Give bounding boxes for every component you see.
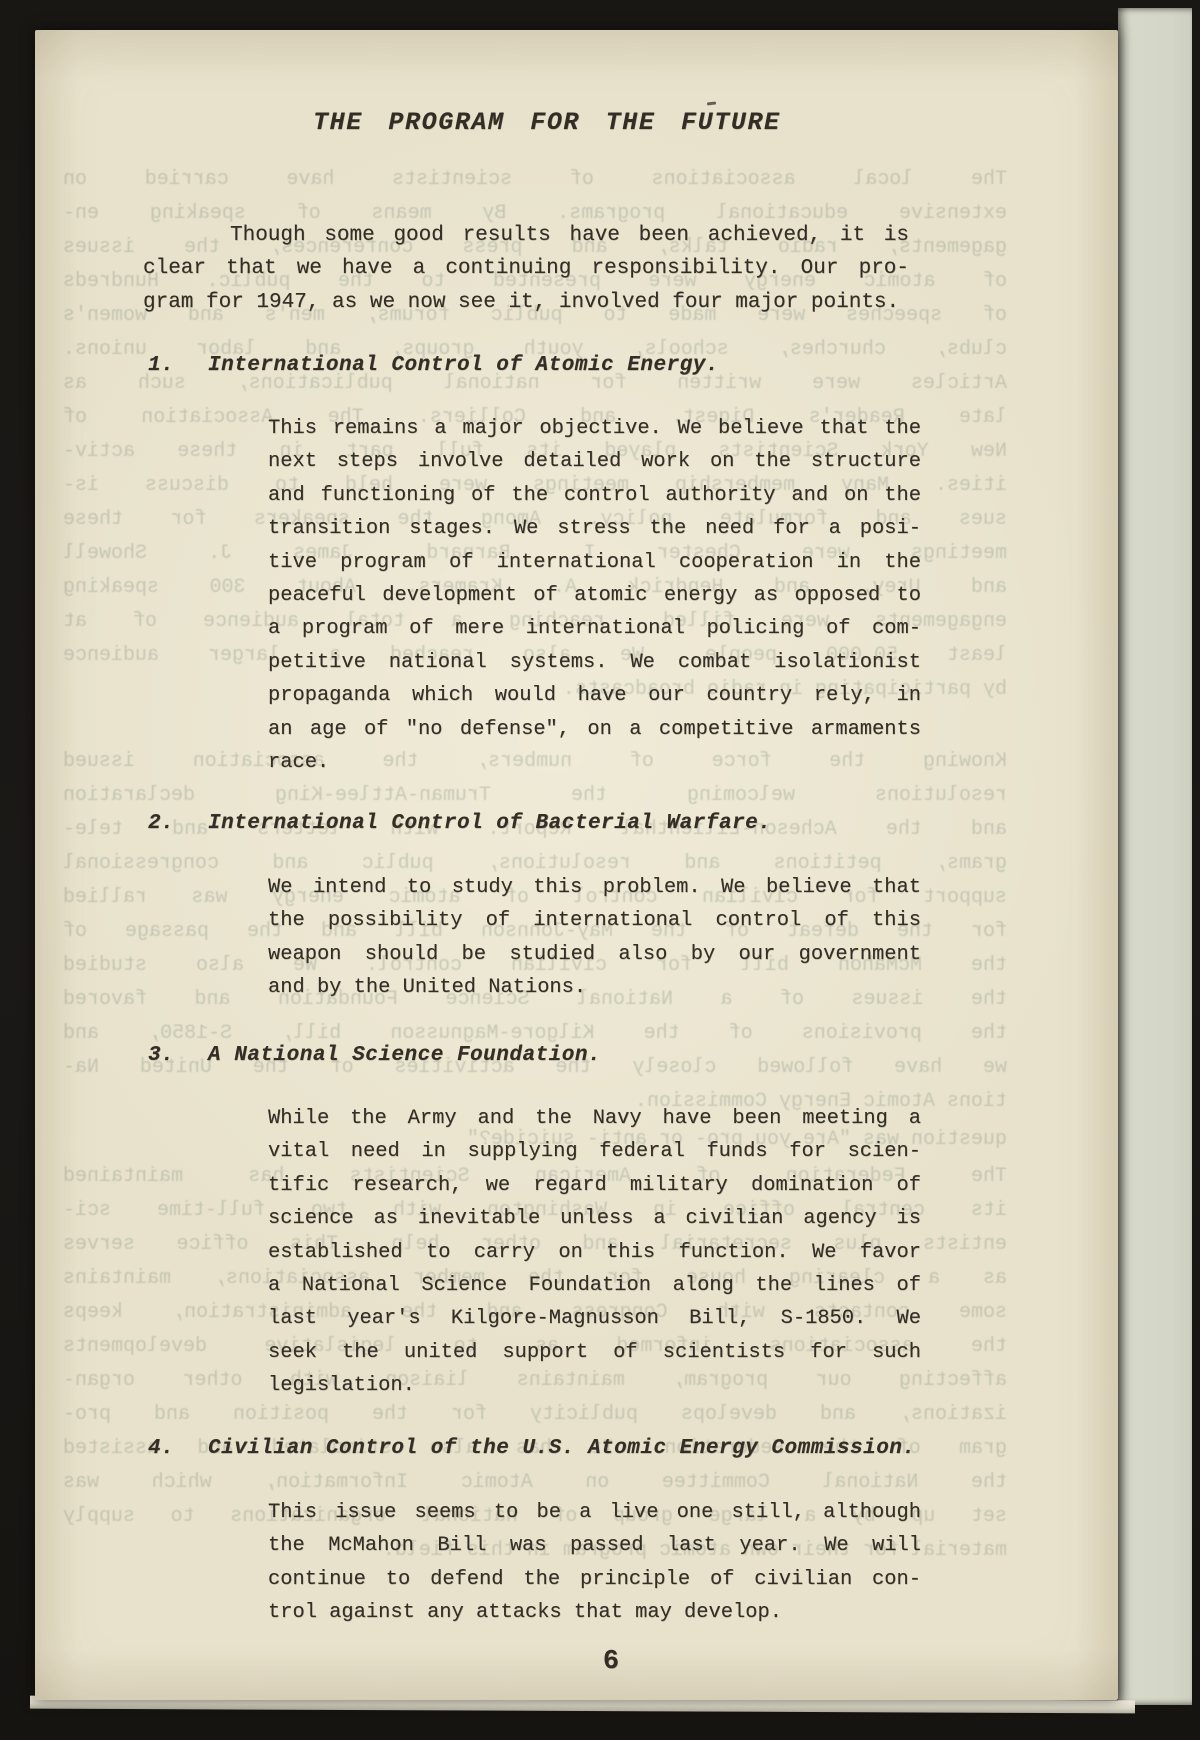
text-line: an age of "no defense", on a competitive… (268, 713, 921, 746)
text-line: seek the united support of scientists fo… (268, 1336, 921, 1369)
text-line: and by the United Nations. (268, 971, 921, 1004)
text-line: tific research, we regard military domin… (268, 1169, 921, 1202)
section-number: 2. (148, 807, 208, 840)
document-page: The local associations of scientists hav… (35, 30, 1118, 1700)
bleedthrough-line: the National Committee on Atomic Informa… (63, 1466, 1007, 1499)
section-number: 4. (148, 1432, 208, 1465)
section-number: 1. (148, 349, 208, 382)
section-title: A National Science Foundation. (208, 1044, 601, 1067)
section-title: International Control of Atomic Energy. (208, 354, 719, 377)
section-title: Civilian Control of the U.S. Atomic Ener… (208, 1437, 916, 1460)
text-line: last year's Kilgore-Magnusson Bill, S-18… (268, 1302, 921, 1335)
section-heading-2: 2.International Control of Bacterial War… (148, 807, 771, 840)
section-body-1: This remains a major objective. We belie… (268, 412, 921, 779)
section-body-2: We intend to study this problem. We beli… (268, 871, 921, 1005)
text-line: vital need in supplying federal funds fo… (268, 1135, 921, 1168)
bleedthrough-line: izations, and develops publicity for the… (63, 1398, 1007, 1431)
text-line: and functioning of the control authority… (268, 479, 921, 512)
text-line: the McMahon Bill was passed last year. W… (268, 1529, 921, 1562)
text-line: This issue seems to be a live one still,… (268, 1496, 921, 1529)
section-number: 3. (148, 1039, 208, 1072)
text-line: continue to defend the principle of civi… (268, 1563, 921, 1596)
text-line: weapon should be studied also by our gov… (268, 938, 921, 971)
section-heading-3: 3.A National Science Foundation. (148, 1039, 601, 1072)
text-line: propaganda which would have our country … (268, 679, 921, 712)
page-number: 6 (581, 1646, 641, 1679)
text-line: gram for 1947, as we now see it, involve… (143, 286, 909, 319)
section-title: International Control of Bacterial Warfa… (208, 812, 771, 835)
text-line: petitive national systems. We combat iso… (268, 646, 921, 679)
text-line: legislation. (268, 1369, 921, 1402)
bleedthrough-line: The local associations of scientists hav… (63, 163, 1007, 196)
text-line: Though some good results have been achie… (143, 219, 909, 252)
text-line: peaceful development of atomic energy as… (268, 579, 921, 612)
text-line: next steps involve detailed work on the … (268, 445, 921, 478)
text-line: race. (268, 746, 921, 779)
section-body-3: While the Army and the Navy have been me… (268, 1102, 921, 1403)
text-line: trol against any attacks that may develo… (268, 1596, 921, 1629)
text-line: clear that we have a continuing responsi… (143, 252, 909, 285)
text-line: This remains a major objective. We belie… (268, 412, 921, 445)
section-body-4: This issue seems to be a live one still,… (268, 1496, 921, 1630)
text-line: transition stages. We stress the need fo… (268, 512, 921, 545)
section-heading-4: 4.Civilian Control of the U.S. Atomic En… (148, 1432, 916, 1465)
text-line: We intend to study this problem. We beli… (268, 871, 921, 904)
text-line: a program of mere international policing… (268, 612, 921, 645)
scanner-background: The local associations of scientists hav… (0, 0, 1200, 1740)
text-line: the possibility of international control… (268, 904, 921, 937)
text-line: a National Science Foundation along the … (268, 1269, 921, 1302)
text-line: While the Army and the Navy have been me… (268, 1102, 921, 1135)
page-title: THE PROGRAM FOR THE FUTURE (313, 108, 781, 138)
section-heading-1: 1.International Control of Atomic Energy… (148, 349, 719, 382)
text-line: tive program of international cooperatio… (268, 546, 921, 579)
text-line: science as inevitable unless a civilian … (268, 1202, 921, 1235)
intro-paragraph: Though some good results have been achie… (143, 219, 909, 319)
text-line: established to carry on this function. W… (268, 1236, 921, 1269)
next-page-edge (1118, 8, 1192, 1705)
